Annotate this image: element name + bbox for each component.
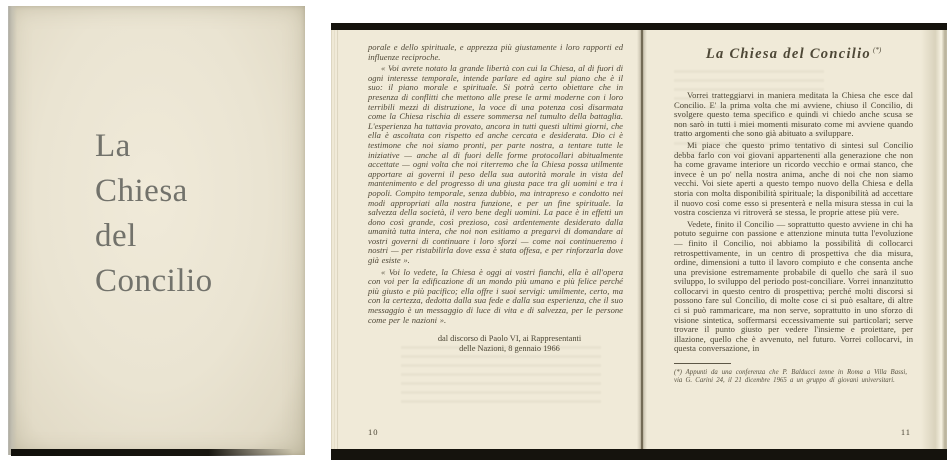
- cover-title-line: del: [95, 214, 213, 259]
- chapter-title-text: La Chiesa del Concilio: [706, 46, 871, 62]
- book-gutter: [637, 30, 647, 449]
- chapter-title: La Chiesa del Concilio(*): [674, 46, 913, 63]
- attribution-line: delle Nazioni, 8 gennaio 1966: [396, 344, 623, 354]
- paragraph: Vorrei tratteggiarvi in maniera meditata…: [674, 91, 913, 139]
- speech-attribution: dal discorso di Paolo VI, ai Rappresenta…: [368, 334, 623, 354]
- page-right: La Chiesa del Concilio(*) Vorrei tratteg…: [647, 30, 947, 449]
- footnote-marker: (*): [873, 46, 881, 54]
- paragraph: Mi piace che questo primo tentativo di s…: [674, 141, 913, 218]
- paragraph: « Voi avrete notato la grande libertà co…: [368, 64, 623, 265]
- footnote: (*) Appunti da una conferenza che P. Bal…: [674, 369, 913, 386]
- book-cover: La Chiesa del Concilio: [9, 6, 305, 455]
- page-number-left: 10: [368, 427, 379, 437]
- paragraph: Vedete, finito il Concilio — soprattutto…: [674, 220, 913, 354]
- page-number-right: 11: [901, 427, 911, 437]
- cover-title-line: Concilio: [95, 259, 213, 304]
- cover-title-line: La: [95, 124, 213, 169]
- cover-title-line: Chiesa: [95, 169, 213, 214]
- page-right-body: Vorrei tratteggiarvi in maniera meditata…: [674, 91, 913, 354]
- footnote-rule: [674, 363, 731, 364]
- open-book-spread: porale e dello spirituale, e apprezza pi…: [331, 23, 947, 460]
- page-left-body: porale e dello spirituale, e apprezza pi…: [368, 43, 623, 325]
- paragraph: « Voi lo vedete, la Chiesa è oggi ai vos…: [368, 268, 623, 326]
- show-through-text: [401, 346, 601, 404]
- cover-title: La Chiesa del Concilio: [95, 124, 213, 304]
- paragraph: porale e dello spirituale, e apprezza pi…: [368, 43, 623, 62]
- attribution-line: dal discorso di Paolo VI, ai Rappresenta…: [396, 334, 623, 344]
- page-left: porale e dello spirituale, e apprezza pi…: [331, 30, 637, 449]
- page-spread: porale e dello spirituale, e apprezza pi…: [331, 30, 947, 449]
